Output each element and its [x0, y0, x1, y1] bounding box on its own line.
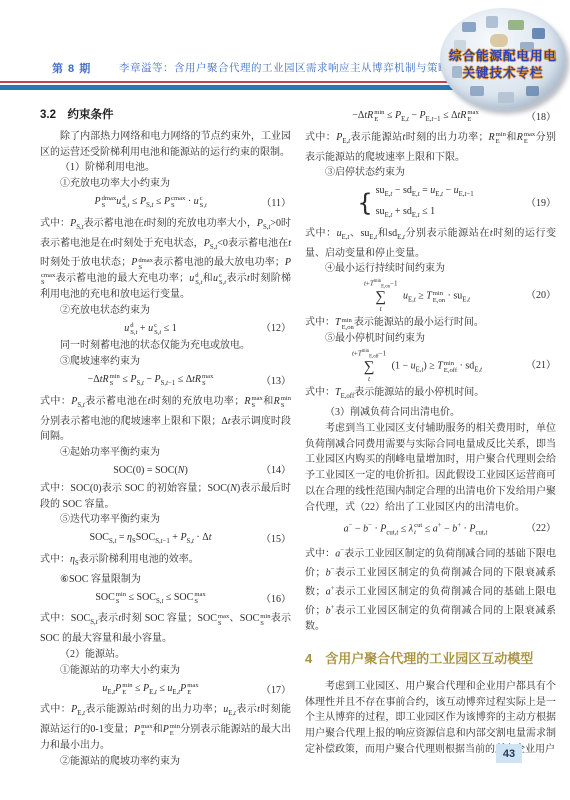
paragraph: ⑤最小停机时间约束为	[305, 331, 556, 347]
issue-label: 第 8 期	[52, 60, 91, 76]
equation-15: SOCS,t = ηSSOCS,t−1 + PS,t · Δt（15）	[40, 530, 291, 550]
left-column: 3.2 约束条件除了内部热力网络和电力网络的节点约束外，工业园区的运营还受阶梯利…	[40, 106, 291, 768]
equation-21: t+TminE,off−1∑t (1 − uE,t) ≥ TminE,off ·…	[305, 349, 556, 383]
paragraph: 式中：a−表示工业园区制定的负荷削减合同的基础下限电价；b−表示工业园区制定的负…	[305, 543, 556, 635]
paragraph: ⑤迭代功率平衡约束为	[40, 512, 291, 528]
transformer-icon	[486, 16, 498, 28]
equation-20: t+TminE,on−1∑t uE,t ≥ TminE,on · suE,t（2…	[305, 279, 556, 313]
equation-body: −ΔtRminS ≤ PS,t − PS,t−1 ≤ ΔtRmaxS	[40, 372, 261, 392]
equation-number: （14）	[261, 463, 291, 479]
paragraph: ⑥SOC 容量限制为	[40, 572, 291, 588]
paragraph: 式中：SOC(0)表示 SOC 的初始容量；SOC(N)表示最后时段的 SOC …	[40, 481, 291, 513]
equation-number: （17）	[261, 683, 291, 699]
equation-12: udS,t + ucS,t ≤ 1（12）	[40, 321, 291, 337]
equation-number: （12）	[261, 321, 291, 337]
paragraph: 同一时刻蓄电池的状态仅能为充电或放电。	[40, 338, 291, 354]
paragraph: 式中：uE,t、suE,t和sdE,t分别表示能源站在t时刻的运行变量、启动变量…	[305, 226, 556, 262]
equation-17: uE,tPminE ≤ PE,t ≤ uE,tPmaxE（17）	[40, 681, 291, 701]
equation-body: SOCS,t = ηSSOCS,t−1 + PS,t · Δt	[40, 530, 261, 550]
building-icon	[462, 22, 476, 32]
equation-body: uE,tPminE ≤ PE,t ≤ uE,tPmaxE	[40, 681, 261, 701]
equation-number: （13）	[261, 374, 291, 390]
equation-number: （19）	[526, 196, 556, 212]
paragraph: ②能源站的爬坡功率约束为	[40, 754, 291, 768]
solar-panel-icon	[508, 20, 524, 30]
paragraph: 式中：SOCS,t表示t时刻 SOC 容量；SOCmaxS、SOCminS表示 …	[40, 611, 291, 647]
equation-18: −ΔtRminE ≤ PE,t − PE,t−1 ≤ ΔtRmaxE（18）	[305, 108, 556, 128]
equation-number: （11）	[261, 196, 291, 212]
equation-body: SOC(0) = SOC(N)	[40, 463, 261, 479]
paragraph: ③启停状态约束为	[305, 165, 556, 181]
equation-body: udS,t + ucS,t ≤ 1	[40, 321, 261, 337]
equation-11: PdmaxSudS,t ≤ PS,t ≤ PcmaxS · ucS,t（11）	[40, 194, 291, 214]
paragraph: ①能源站的功率大小约束为	[40, 663, 291, 679]
paragraph: ②充放电状态约束为	[40, 303, 291, 319]
column-badge: 综合能源配电用电 关键技术专栏	[440, 8, 566, 110]
badge-line2: 关键技术专栏	[440, 63, 566, 81]
equation-number: （21）	[526, 358, 556, 374]
paragraph: 式中：PS,t表示蓄电池在t时刻的充放电功率；RmaxS和RminS分别表示蓄电…	[40, 394, 291, 445]
equation-16: SOCminS ≤ SOCS,t ≤ SOCmaxS（16）	[40, 590, 291, 610]
paragraph: ④起始功率平衡约束为	[40, 445, 291, 461]
paragraph: 式中：PS,t表示蓄电池在t时刻的充放电功率大小，PS,t>0时表示蓄电池是在t…	[40, 216, 291, 303]
equation-number: （18）	[526, 110, 556, 126]
battery-icon	[532, 28, 545, 39]
paragraph: ③爬坡速率约束为	[40, 354, 291, 370]
equation-22: a− − b− · Pcut,t ≤ λcutt ≤ a+ − b+ · Pcu…	[305, 518, 556, 541]
equation-14: SOC(0) = SOC(N)（14）	[40, 463, 291, 479]
running-title: 李章溢等：含用户聚合代理的工业园区需求响应主从博弈机制与策略	[108, 60, 460, 75]
paragraph: 式中：TminE,on表示能源站的最小运行时间。	[305, 315, 556, 331]
equation-number: （20）	[526, 288, 556, 304]
header-rule-blue	[0, 85, 513, 90]
article-body: 3.2 约束条件除了内部热力网络和电力网络的节点约束外，工业园区的运营还受阶梯利…	[40, 106, 556, 768]
equation-body: a− − b− · Pcut,t ≤ λcutt ≤ a+ − b+ · Pcu…	[305, 518, 526, 541]
paragraph: 除了内部热力网络和电力网络的节点约束外，工业园区的运营还受阶梯利用电池和能源站的…	[40, 129, 291, 161]
equation-body: {suE,t − sdE,t = uE,t − uE,t−1suE,t + sd…	[305, 183, 526, 224]
paragraph: 式中：PE,t表示能源站t时刻的出力功率；RminE和RmaxE分别表示能源站的…	[305, 130, 556, 166]
equation-number: （22）	[526, 521, 556, 537]
house-icon	[470, 86, 484, 96]
paragraph: （2）能源站。	[40, 647, 291, 663]
badge-line1: 综合能源配电用电	[440, 46, 566, 64]
power-plant-icon	[498, 92, 514, 103]
paragraph: 式中：TE,off表示能源站的最小停机时间。	[305, 385, 556, 405]
equation-number: （15）	[261, 532, 291, 548]
paragraph: ④最小运行持续时间约束为	[305, 261, 556, 277]
equation-number: （16）	[261, 592, 291, 608]
paragraph: （1）阶梯利用电池。	[40, 160, 291, 176]
equation-body: PdmaxSudS,t ≤ PS,t ≤ PcmaxS · ucS,t	[40, 194, 261, 214]
paragraph: 考虑到当工业园区支付辅助服务的相关费用时，单位负荷削减合同费用需要与实际合同电量…	[305, 421, 556, 516]
page-number: 43	[496, 744, 522, 763]
equation-body: t+TminE,on−1∑t uE,t ≥ TminE,on · suE,t	[305, 279, 526, 313]
equation-19: {suE,t − sdE,t = uE,t − uE,t−1suE,t + sd…	[305, 183, 556, 224]
paragraph: （3）削减负荷合同出清电价。	[305, 405, 556, 421]
section-heading: 4 含用户聚合代理的工业园区互动模型	[305, 651, 556, 667]
equation-13: −ΔtRminS ≤ PS,t − PS,t−1 ≤ ΔtRmaxS（13）	[40, 372, 291, 392]
equation-body: −ΔtRminE ≤ PE,t − PE,t−1 ≤ ΔtRmaxE	[305, 108, 526, 128]
header-rule-red	[0, 81, 513, 83]
equation-body: SOCminS ≤ SOCS,t ≤ SOCmaxS	[40, 590, 261, 610]
subsection-heading: 3.2 约束条件	[40, 108, 291, 124]
paragraph: 式中：ηS表示阶梯利用电池的效率。	[40, 552, 291, 572]
grid-tower-icon	[526, 86, 539, 96]
paragraph: 式中：PE,t表示能源站t时刻的出力功率；uE,t表示t时刻能源站运行的0-1变…	[40, 702, 291, 753]
paragraph: ①充放电功率大小约束为	[40, 176, 291, 192]
right-column: −ΔtRminE ≤ PE,t − PE,t−1 ≤ ΔtRmaxE（18）式中…	[305, 106, 556, 768]
equation-body: t+TminE,off−1∑t (1 − uE,t) ≥ TminE,off ·…	[305, 349, 526, 383]
